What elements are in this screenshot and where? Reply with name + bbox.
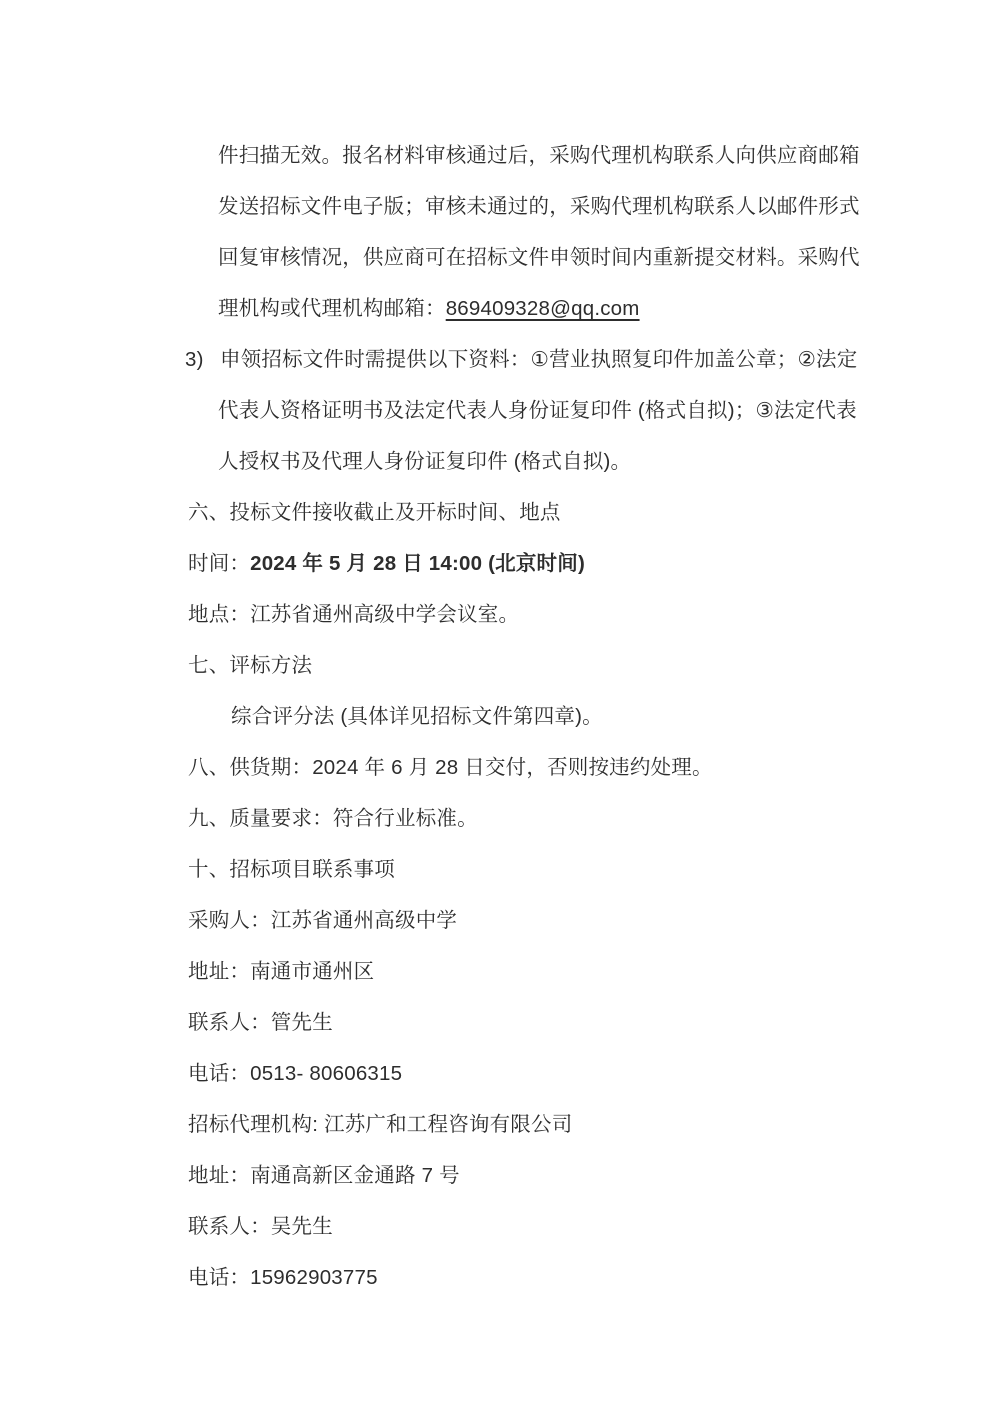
paragraph-line: 件扫描无效。报名材料审核通过后，采购代理机构联系人向供应商邮箱 — [0, 130, 1000, 181]
document-content: 件扫描无效。报名材料审核通过后，采购代理机构联系人向供应商邮箱 发送招标文件电子… — [0, 130, 1000, 1303]
section7-heading: 七、评标方法 — [0, 640, 1000, 691]
agency-address-line: 地址：南通高新区金通路 7 号 — [0, 1150, 1000, 1201]
time-label: 时间： — [188, 552, 250, 575]
purchaser-line: 采购人：江苏省通州高级中学 — [0, 895, 1000, 946]
purchaser-contact-line: 联系人：管先生 — [0, 997, 1000, 1048]
section9-line: 九、质量要求：符合行业标准。 — [0, 793, 1000, 844]
agency-contact-line: 联系人：吴先生 — [0, 1201, 1000, 1252]
agency-phone-line: 电话：15962903775 — [0, 1252, 1000, 1303]
section7-body: 综合评分法 (具体详见招标文件第四章)。 — [0, 691, 1000, 742]
list-item-text: 申领招标文件时需提供以下资料：①营业执照复印件加盖公章；②法定 — [220, 348, 857, 371]
email-link: 869409328@qq.com — [446, 297, 640, 320]
purchaser-address-line: 地址：南通市通州区 — [0, 946, 1000, 997]
document-page: 件扫描无效。报名材料审核通过后，采购代理机构联系人向供应商邮箱 发送招标文件电子… — [0, 0, 1000, 1415]
section6-time-line: 时间：2024 年 5 月 28 日 14:00 (北京时间) — [0, 538, 1000, 589]
paragraph-line: 理机构或代理机构邮箱：869409328@qq.com — [0, 283, 1000, 334]
section6-place-line: 地点：江苏省通州高级中学会议室。 — [0, 589, 1000, 640]
paragraph-line: 发送招标文件电子版；审核未通过的，采购代理机构联系人以邮件形式 — [0, 181, 1000, 232]
section6-heading: 六、投标文件接收截止及开标时间、地点 — [0, 487, 1000, 538]
list-item-line: 代表人资格证明书及法定代表人身份证复印件 (格式自拟)；③法定代表 — [0, 385, 1000, 436]
purchaser-phone-line: 电话：0513- 80606315 — [0, 1048, 1000, 1099]
paragraph-line: 回复审核情况，供应商可在招标文件申领时间内重新提交材料。采购代 — [0, 232, 1000, 283]
email-label: 理机构或代理机构邮箱： — [218, 297, 446, 320]
section8-line: 八、供货期：2024 年 6 月 28 日交付，否则按违约处理。 — [0, 742, 1000, 793]
section10-heading: 十、招标项目联系事项 — [0, 844, 1000, 895]
list-item-number: 3) — [185, 334, 220, 385]
time-value: 2024 年 5 月 28 日 14:00 (北京时间) — [250, 552, 585, 575]
list-item-line: 人授权书及代理人身份证复印件 (格式自拟)。 — [0, 436, 1000, 487]
agency-line: 招标代理机构: 江苏广和工程咨询有限公司 — [0, 1099, 1000, 1150]
list-item: 3)申领招标文件时需提供以下资料：①营业执照复印件加盖公章；②法定 — [0, 334, 1000, 385]
